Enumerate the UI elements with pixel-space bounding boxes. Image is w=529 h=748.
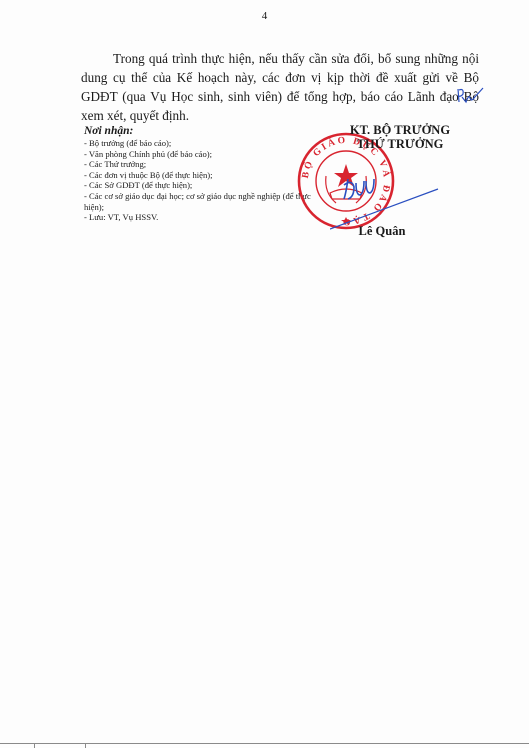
handwritten-signature-icon [330,165,440,235]
signature-block: KT. BỘ TRƯỞNG THỨ TRƯỞNG [325,124,475,151]
recipients-list: - Bộ trưởng (để báo cáo);- Văn phòng Chí… [84,138,324,223]
page-bottom-rule [0,743,529,744]
recipient-item: - Bộ trưởng (để báo cáo); [84,138,324,149]
recipient-item: - Các cơ sở giáo dục đại học; cơ sở giáo… [84,191,324,212]
initials-mark-icon [455,86,485,106]
recipients-title: Nơi nhận: [84,125,324,138]
recipients-block: Nơi nhận: - Bộ trưởng (để báo cáo);- Văn… [84,125,324,223]
page-number: 4 [0,10,529,22]
page-bottom-tick [85,743,86,748]
recipient-item: - Văn phòng Chính phủ (để báo cáo); [84,149,324,160]
recipient-item: - Các đơn vị thuộc Bộ (để thực hiện); [84,170,324,181]
recipient-item: - Lưu: VT, Vụ HSSV. [84,212,324,223]
signature-title-line2: THỨ TRƯỞNG [325,138,475,152]
signature-title-line1: KT. BỘ TRƯỞNG [325,124,475,138]
page-bottom-tick [34,743,35,748]
recipient-item: - Các Sở GDĐT (để thực hiện); [84,180,324,191]
recipient-item: - Các Thứ trưởng; [84,159,324,170]
body-paragraph: Trong quá trình thực hiện, nếu thấy cần … [81,49,479,125]
